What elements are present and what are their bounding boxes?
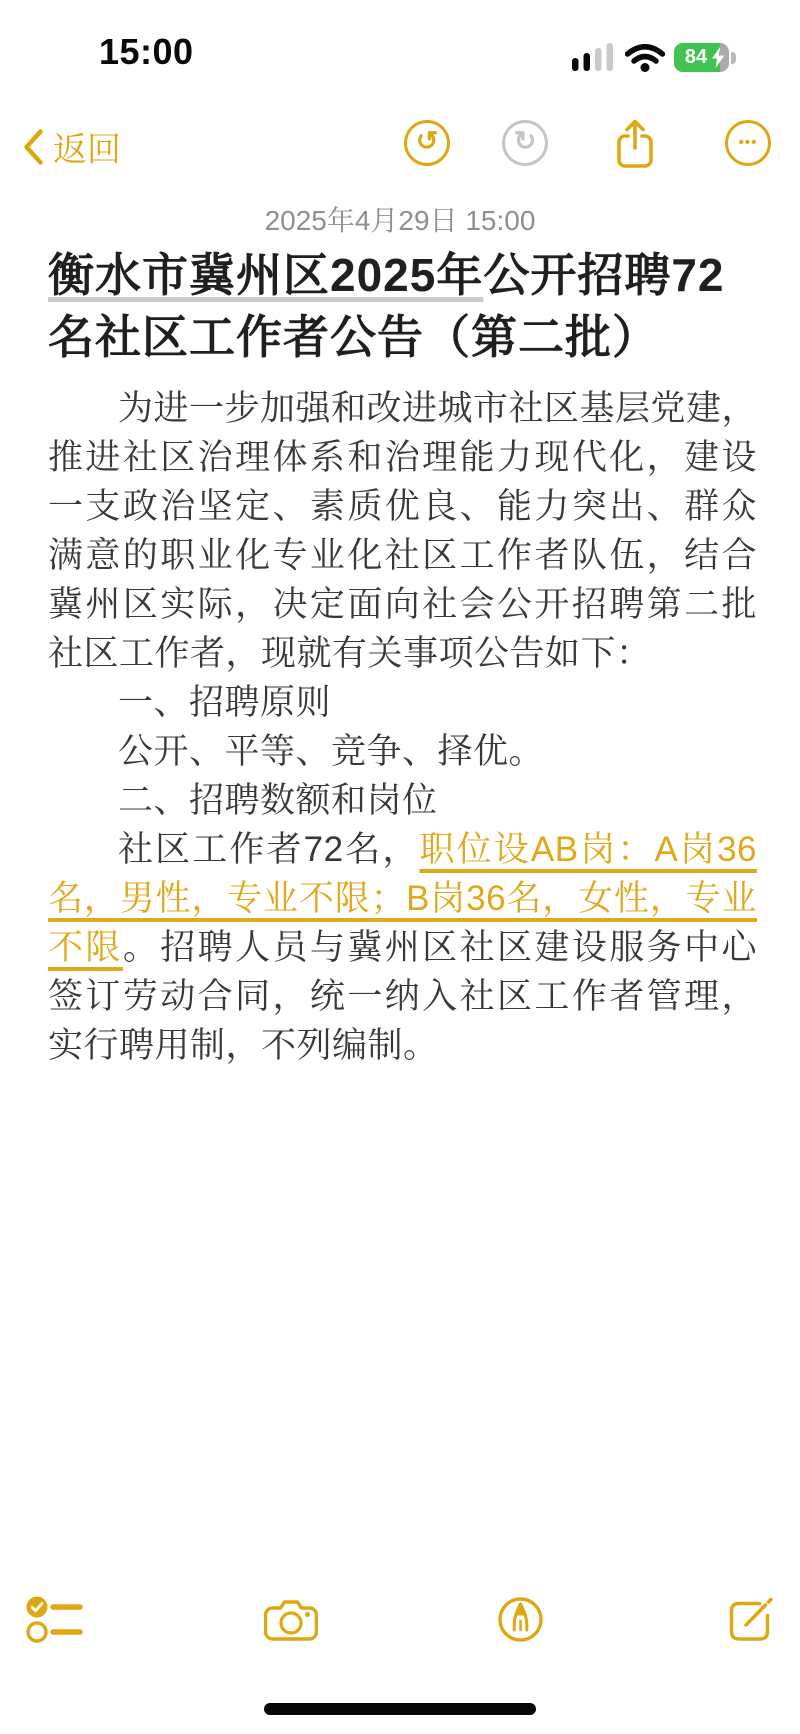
undo-icon: ↺ <box>416 126 439 157</box>
checklist-button[interactable] <box>26 1595 84 1643</box>
camera-icon <box>264 1597 318 1641</box>
text-segment: 。招聘人员与冀州区社区建设服务中心签订劳动合同，统一纳入社区工作者管理，实行聘用… <box>48 928 757 1065</box>
paragraph-section-1-body: 公开、平等、竞争、择优。 <box>48 727 757 776</box>
paragraph-section-2-body: 社区工作者72名，职位设AB岗：A岗36名，男性，专业不限；B岗36名，女性，专… <box>48 825 757 1070</box>
home-indicator[interactable] <box>264 1703 536 1715</box>
notes-app-screen: 15:00 84 返回 ↺ ↻ ••• <box>0 0 800 1734</box>
bottom-toolbar <box>0 1584 800 1654</box>
markup-pen-icon <box>497 1596 544 1643</box>
charging-bolt-icon <box>712 47 725 68</box>
redo-button[interactable]: ↻ <box>502 120 548 166</box>
back-button[interactable]: 返回 <box>22 122 121 171</box>
paragraph-section-1-heading: 一、招聘原则 <box>48 678 757 727</box>
compose-button[interactable] <box>724 1593 776 1645</box>
battery-indicator: 84 <box>674 43 729 72</box>
paragraph-intro: 为进一步加强和改进城市社区基层党建，推进社区治理体系和治理能力现代化，建设一支政… <box>48 384 757 678</box>
paragraph-section-2-heading: 二、招聘数额和岗位 <box>48 776 757 825</box>
compose-icon <box>724 1593 776 1645</box>
note-title-underlined-segment: 衡水市冀州区2025年 <box>48 249 483 301</box>
share-icon <box>612 116 658 172</box>
undo-button[interactable]: ↺ <box>404 120 450 166</box>
cellular-signal-icon <box>572 43 614 71</box>
wifi-icon <box>625 44 665 72</box>
text-segment: 社区工作者72名， <box>118 830 419 869</box>
ellipsis-icon: ••• <box>739 132 758 151</box>
note-date: 2025年4月29日 15:00 <box>0 199 800 239</box>
note-title: 衡水市冀州区2025年公开招聘72名社区工作者公告（第二批） <box>48 244 757 368</box>
share-button[interactable] <box>612 116 658 175</box>
battery-cap <box>731 52 736 64</box>
status-time: 15:00 <box>99 31 194 73</box>
camera-button[interactable] <box>264 1597 318 1641</box>
more-button[interactable]: ••• <box>725 120 771 166</box>
redo-icon: ↻ <box>514 126 537 157</box>
back-button-label: 返回 <box>53 122 121 171</box>
markup-button[interactable] <box>497 1596 544 1643</box>
chevron-left-icon <box>22 128 44 166</box>
note-content: 衡水市冀州区2025年公开招聘72名社区工作者公告（第二批） 为进一步加强和改进… <box>48 244 757 1070</box>
checklist-icon <box>26 1595 84 1643</box>
